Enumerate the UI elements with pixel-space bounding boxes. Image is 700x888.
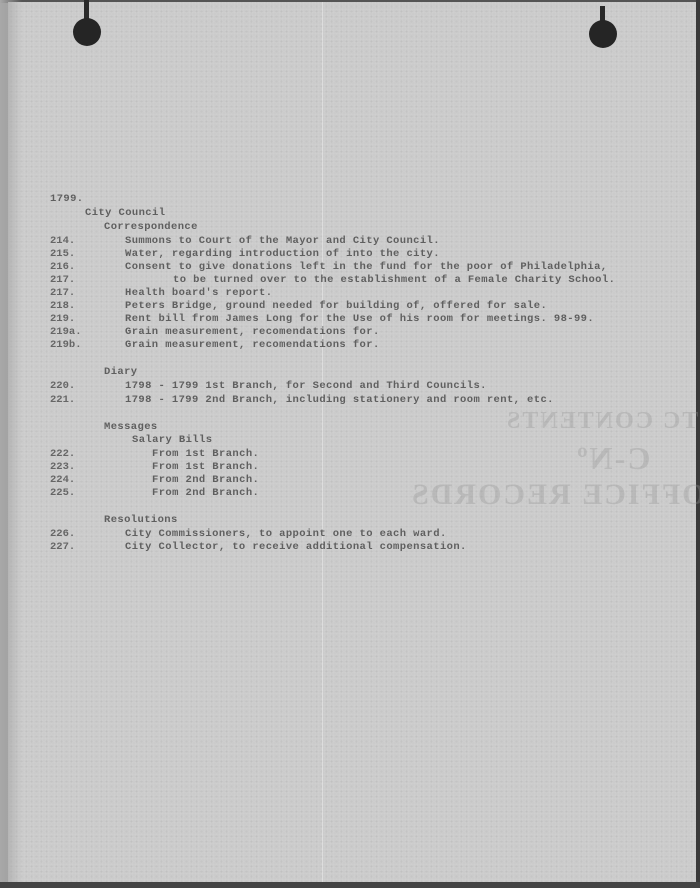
subsection-subtitle: Salary Bills xyxy=(132,434,212,446)
item-number: 219b. xyxy=(50,339,82,351)
item-text: City Commissioners, to appoint one to ea… xyxy=(125,528,447,540)
bleed-through-text: ETC CONTENTS xyxy=(505,408,700,435)
item-number: 216. xyxy=(50,261,75,273)
item-text: Rent bill from James Long for the Use of… xyxy=(125,313,594,325)
item-text: Water, regarding introduction of into th… xyxy=(125,248,440,260)
item-number: 219. xyxy=(50,313,75,325)
item-number: 214. xyxy=(50,235,75,247)
binder-hole-left-icon xyxy=(73,18,101,46)
item-number: 220. xyxy=(50,380,75,392)
fold-line xyxy=(322,2,323,882)
item-text: Grain measurement, recomendations for. xyxy=(125,326,380,338)
item-text: From 1st Branch. xyxy=(152,448,259,460)
subsection-title: Resolutions xyxy=(104,514,178,526)
bleed-through-text: OFFICE RECORDS xyxy=(410,478,700,512)
subsection-title: Diary xyxy=(104,366,138,378)
item-number: 215. xyxy=(50,248,75,260)
item-number: 217. xyxy=(50,274,75,286)
section-heading: City Council xyxy=(85,207,165,219)
item-text: 1798 - 1799 1st Branch, for Second and T… xyxy=(125,380,487,392)
item-number: 223. xyxy=(50,461,75,473)
item-text: From 2nd Branch. xyxy=(152,474,259,486)
bleed-through-text: C-Nº xyxy=(575,440,650,477)
item-number: 226. xyxy=(50,528,75,540)
item-text: City Collector, to receive additional co… xyxy=(125,541,467,553)
scan-bottom-edge xyxy=(0,882,700,888)
binder-hole-right-icon xyxy=(589,20,617,48)
item-number: 224. xyxy=(50,474,75,486)
item-text: Health board's report. xyxy=(125,287,272,299)
year-heading: 1799. xyxy=(50,193,84,205)
item-text: Peters Bridge, ground needed for buildin… xyxy=(125,300,547,312)
subsection-title: Messages xyxy=(104,421,158,433)
item-text: 1798 - 1799 2nd Branch, including statio… xyxy=(125,394,554,406)
item-text: to be turned over to the establishment o… xyxy=(173,274,615,286)
item-text: Summons to Court of the Mayor and City C… xyxy=(125,235,440,247)
scan-shadow xyxy=(0,0,22,888)
scan-right-edge xyxy=(696,0,700,888)
item-number: 217. xyxy=(50,287,75,299)
item-text: From 2nd Branch. xyxy=(152,487,259,499)
item-number: 222. xyxy=(50,448,75,460)
item-text: From 1st Branch. xyxy=(152,461,259,473)
item-text: Grain measurement, recomendations for. xyxy=(125,339,380,351)
item-number: 219a. xyxy=(50,326,82,338)
item-number: 225. xyxy=(50,487,75,499)
item-text: Consent to give donations left in the fu… xyxy=(125,261,607,273)
subsection-title: Correspondence xyxy=(104,221,198,233)
item-number: 221. xyxy=(50,394,75,406)
item-number: 218. xyxy=(50,300,75,312)
item-number: 227. xyxy=(50,541,75,553)
